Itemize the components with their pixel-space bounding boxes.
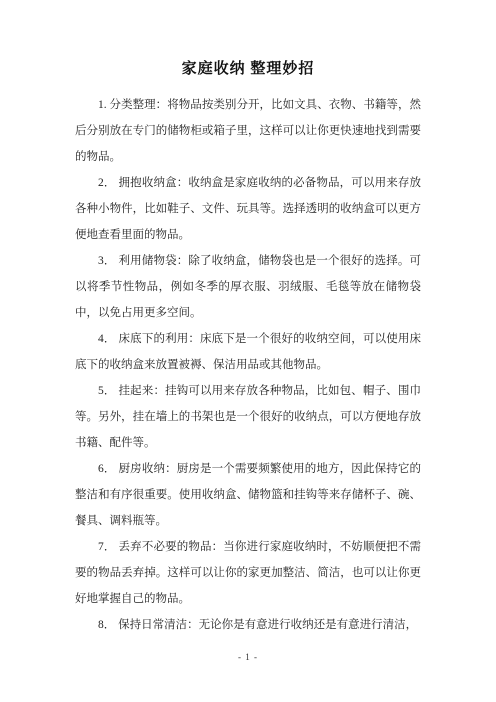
paragraph-8: 8． 保持日常清洁：无论你是有意进行收纳还是有意进行清洁， (75, 612, 421, 638)
paragraph-1: 1. 分类整理：将物品按类别分开，比如文具、衣物、书籍等，然后分别放在专门的储物… (75, 92, 421, 170)
paragraph-4: 4． 床底下的利用：床底下是一个很好的收纳空间，可以使用床底下的收纳盒来放置被褥… (75, 326, 421, 378)
paragraph-3: 3． 利用储物袋：除了收纳盒，储物袋也是一个很好的选择。可以将季节性物品，例如冬… (75, 248, 421, 326)
paragraph-6: 6． 厨房收纳：厨房是一个需要频繁使用的地方，因此保持它的整洁和有序很重要。使用… (75, 456, 421, 534)
paragraph-7: 7． 丢弃不必要的物品：当你进行家庭收纳时，不妨顺便把不需要的物品丢弃掉。这样可… (75, 534, 421, 612)
page-title: 家庭收纳 整理妙招 (0, 0, 496, 80)
document-page: 家庭收纳 整理妙招 1. 分类整理：将物品按类别分开，比如文具、衣物、书籍等，然… (0, 0, 496, 702)
paragraph-2: 2． 拥抱收纳盒：收纳盒是家庭收纳的必备物品，可以用来存放各种小物件，比如鞋子、… (75, 170, 421, 248)
paragraph-5: 5． 挂起来：挂钩可以用来存放各种物品，比如包、帽子、围巾等。另外，挂在墙上的书… (75, 378, 421, 456)
page-number: - 1 - (0, 652, 496, 662)
document-body: 1. 分类整理：将物品按类别分开，比如文具、衣物、书籍等，然后分别放在专门的储物… (75, 92, 421, 638)
